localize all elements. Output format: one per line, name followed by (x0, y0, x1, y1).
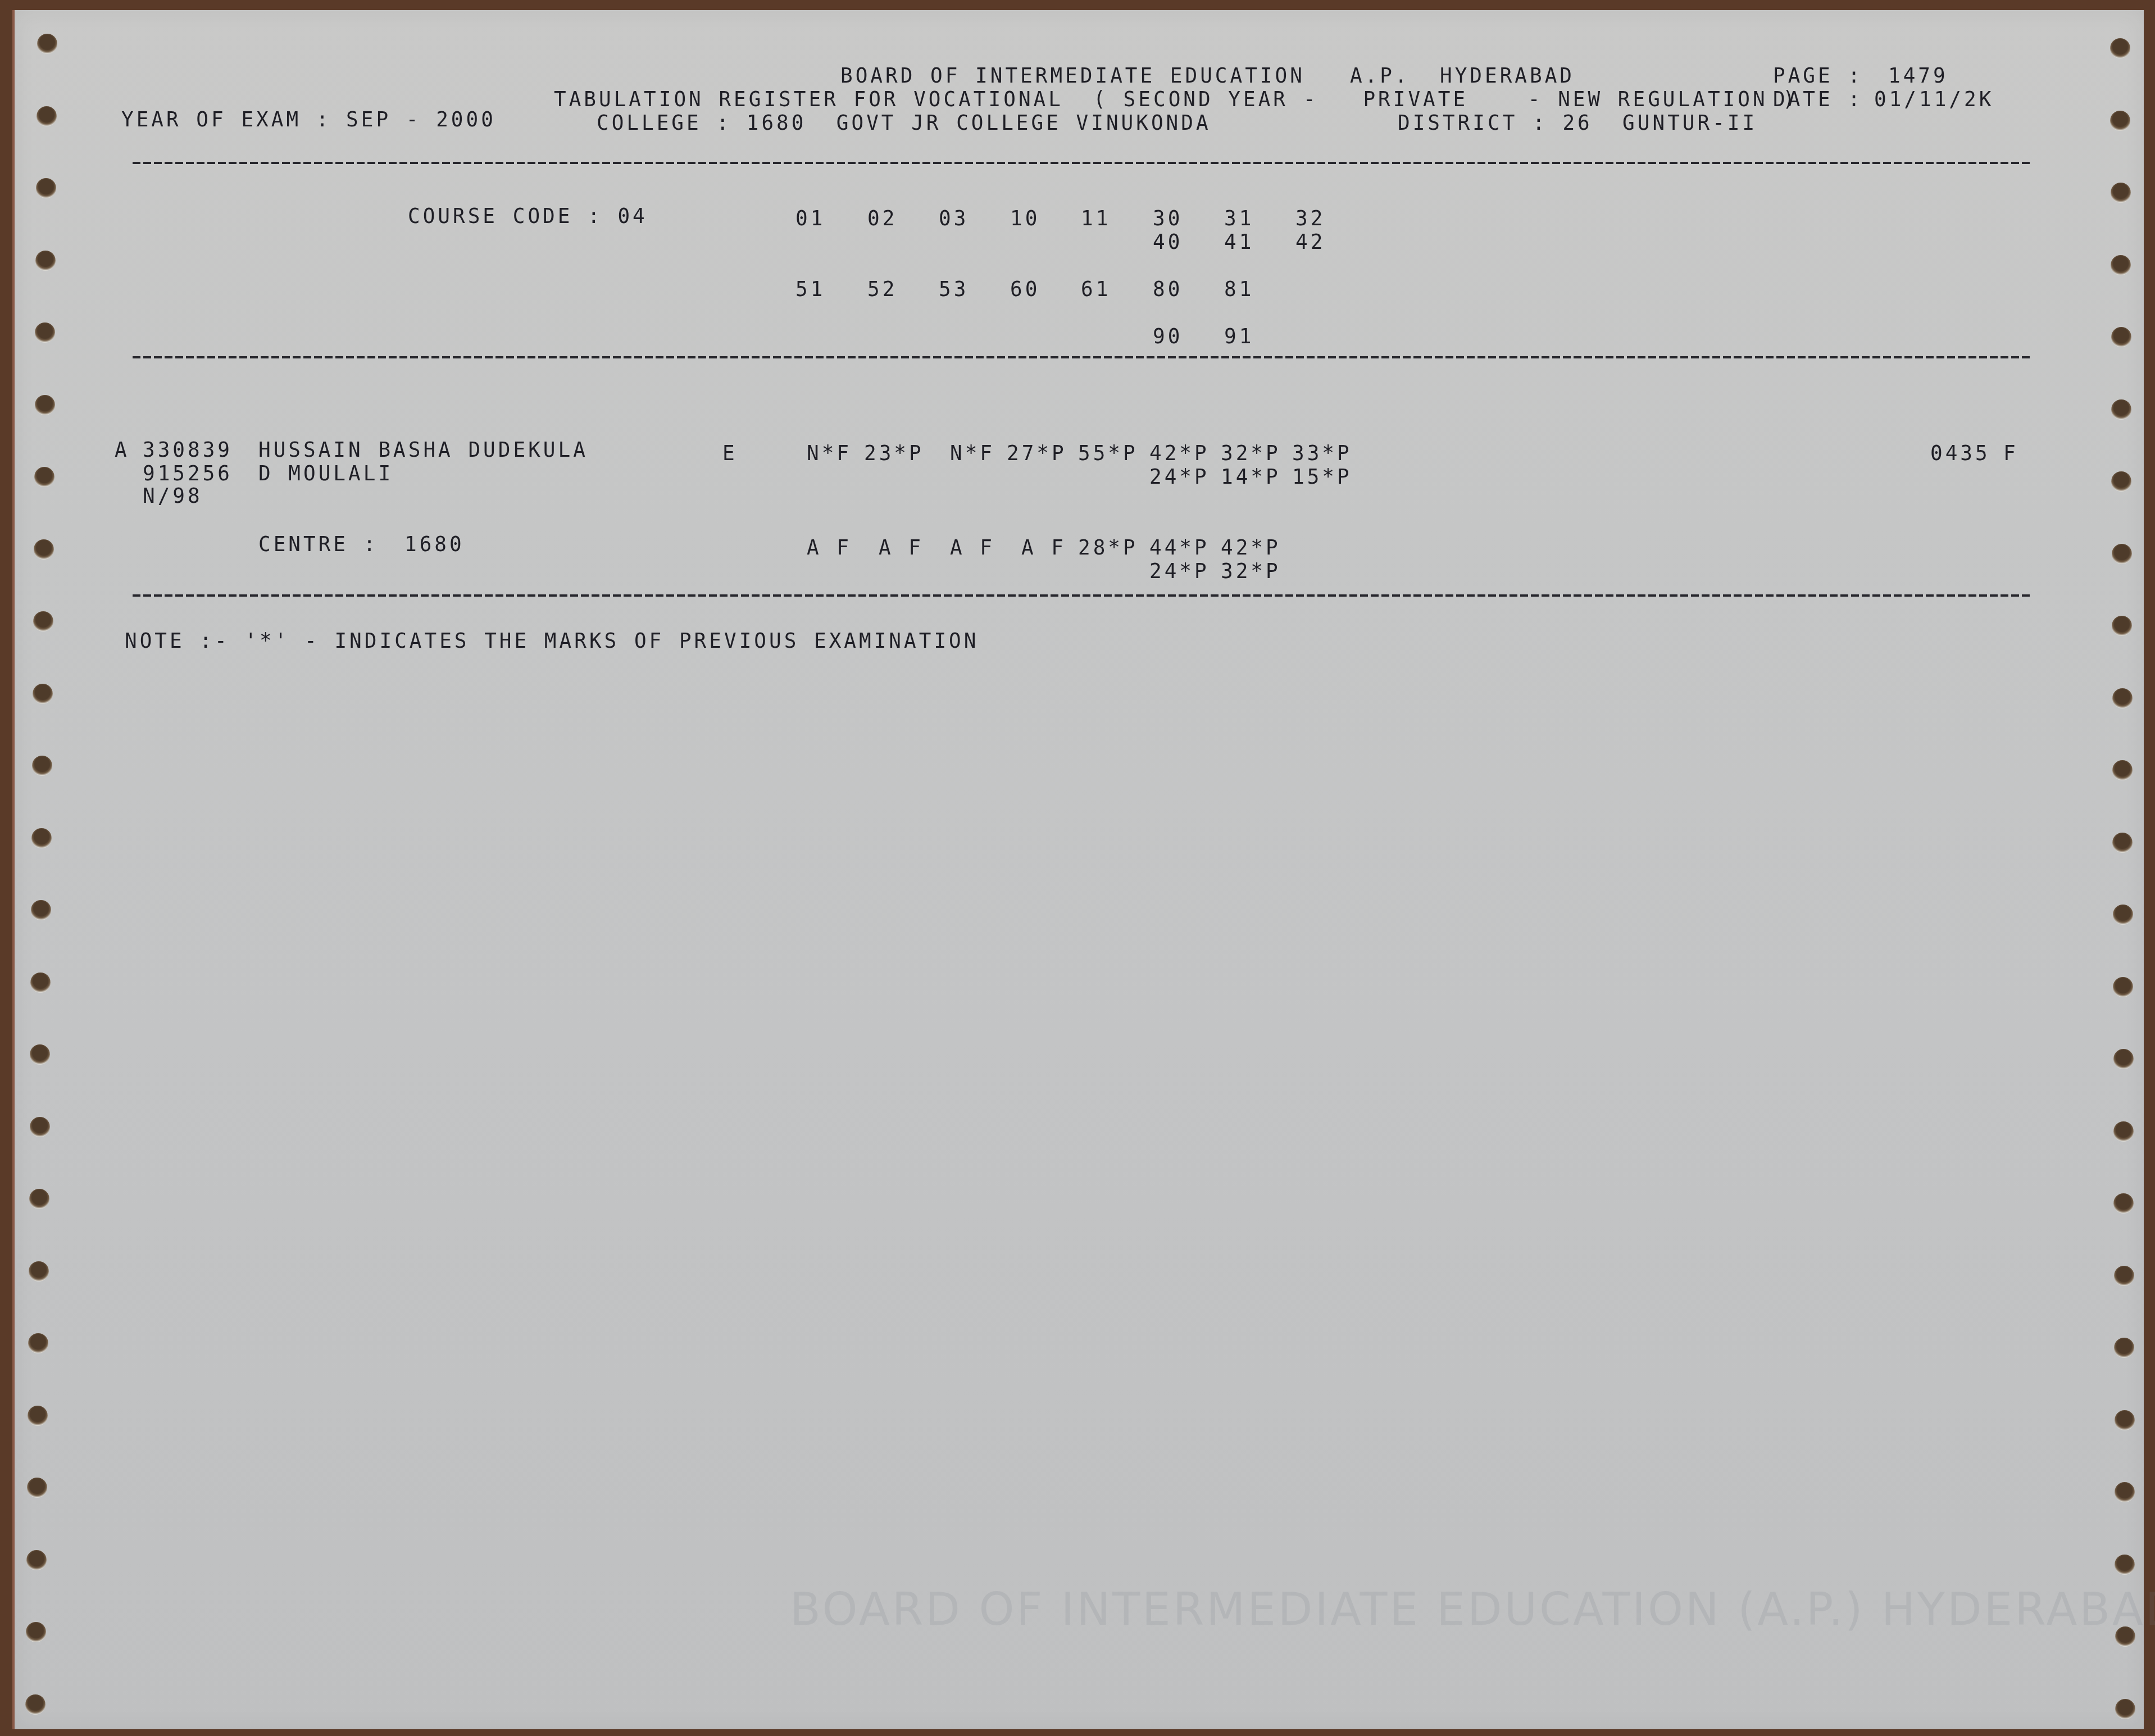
sprocket-hole (2115, 1555, 2135, 1575)
sprocket-hole (2115, 1482, 2135, 1502)
subject-code: 41 (1224, 230, 1254, 254)
mark: 23*P (864, 442, 924, 465)
mark: 24*P (1149, 465, 1210, 489)
centre-label: CENTRE : (258, 533, 378, 556)
subject-code: 52 (867, 278, 897, 301)
mark: N*F (950, 442, 995, 465)
sprocket-hole (33, 684, 53, 704)
mark: 42*P (1221, 536, 1281, 560)
sprocket-hole (29, 1261, 49, 1281)
subject-code: 31 (1224, 207, 1254, 230)
subject-code: 61 (1081, 278, 1111, 301)
year-of-exam: YEAR OF EXAM : SEP - 2000 (121, 108, 496, 131)
mark: 28*P (1078, 536, 1138, 560)
sprocket-hole (2115, 1699, 2135, 1719)
sprocket-hole (2112, 544, 2132, 564)
date-label: DATE : (1773, 88, 1863, 111)
mark: 32*P (1221, 560, 1281, 583)
hall-ticket-number: 330839 (143, 438, 233, 462)
sprocket-hole (35, 395, 55, 415)
sprocket-hole (28, 1406, 48, 1426)
sprocket-hole (2112, 833, 2133, 853)
sprocket-hole (31, 828, 52, 848)
sprocket-hole (2111, 255, 2131, 275)
subject-code: 40 (1153, 230, 1183, 254)
sprocket-hole (2113, 1121, 2134, 1142)
subject-code: 03 (939, 207, 969, 230)
subject-code: 02 (867, 207, 897, 230)
subject-code: 30 (1153, 207, 1183, 230)
sprocket-hole (2111, 183, 2131, 203)
subject-code: 80 (1153, 278, 1183, 301)
sprocket-hole (2113, 977, 2133, 997)
candidate-prefix: A (115, 438, 130, 462)
candidate-name: HUSSAIN BASHA DUDEKULA (258, 438, 588, 462)
sprocket-hole (25, 1694, 46, 1715)
sprocket-hole (28, 1333, 48, 1353)
sprocket-hole (30, 1117, 50, 1137)
page-label: PAGE : (1773, 64, 1863, 88)
divider-line (133, 356, 2031, 358)
mark: 33*P (1292, 442, 1352, 465)
mark: 14*P (1221, 465, 1281, 489)
mark: 44*P (1149, 536, 1210, 560)
subject-code: 11 (1081, 207, 1111, 230)
sprocket-hole (36, 178, 56, 198)
divider-line (133, 162, 2031, 164)
mark: A F (1021, 536, 1066, 560)
sprocket-hole (31, 900, 51, 920)
divider-line (133, 594, 2031, 597)
sprocket-hole (2114, 1266, 2134, 1286)
sprocket-hole (34, 539, 54, 560)
sprocket-hole (2112, 616, 2132, 636)
mark: A F (950, 536, 995, 560)
mark: 32*P (1221, 442, 1281, 465)
footnote: NOTE :- '*' - INDICATES THE MARKS OF PRE… (125, 629, 979, 653)
course-code-label: COURSE CODE : 04 (408, 204, 648, 228)
sprocket-hole (2113, 1049, 2134, 1069)
previous-attempt: N/98 (143, 484, 203, 508)
mark: A F (879, 536, 924, 560)
sprocket-hole (37, 106, 57, 126)
sprocket-hole (35, 251, 56, 271)
page-number: 1479 (1888, 64, 1948, 88)
sprocket-hole (34, 467, 54, 487)
mark: 24*P (1149, 560, 1210, 583)
sprocket-hole (27, 1478, 47, 1498)
sprocket-hole (2111, 327, 2131, 347)
sprocket-hole (30, 1044, 50, 1065)
sprocket-hole (2113, 905, 2133, 925)
subject-code: 51 (795, 278, 825, 301)
subject-code: 10 (1010, 207, 1040, 230)
medium: E (722, 442, 738, 465)
college-info: COLLEGE : 1680 GOVT JR COLLEGE VINUKONDA (597, 111, 1211, 135)
register-title: TABULATION REGISTER FOR VOCATIONAL ( SEC… (554, 88, 1798, 111)
result-status: F (2003, 442, 2018, 465)
district-info: DISTRICT : 26 GUNTUR-II (1398, 111, 1757, 135)
sprocket-hole (2113, 1193, 2134, 1214)
sprocket-hole (33, 611, 53, 631)
subject-code: 81 (1224, 278, 1254, 301)
subject-code: 01 (795, 207, 825, 230)
board-title: BOARD OF INTERMEDIATE EDUCATION A.P. HYD… (840, 64, 1575, 88)
sprocket-hole (29, 1189, 49, 1209)
subject-code: 32 (1295, 207, 1325, 230)
sprocket-hole (2110, 38, 2130, 58)
sprocket-hole (2112, 688, 2133, 708)
sprocket-hole (2115, 1410, 2135, 1430)
subject-code: 53 (939, 278, 969, 301)
sprocket-hole (32, 756, 52, 776)
total-marks: 0435 (1930, 442, 1990, 465)
centre-code: 1680 (404, 533, 465, 556)
show-through-text: BOARD OF INTERMEDIATE EDUCATION (A.P.) H… (790, 1583, 2155, 1635)
sprocket-hole (26, 1622, 46, 1642)
mark: 42*P (1149, 442, 1210, 465)
subject-code: 42 (1295, 230, 1325, 254)
mark: 27*P (1007, 442, 1067, 465)
date-value: 01/11/2K (1874, 88, 1994, 111)
registration-number: 915256 (143, 462, 233, 485)
subject-code: 91 (1224, 325, 1254, 348)
sprocket-hole (2112, 760, 2133, 780)
mark: N*F (807, 442, 852, 465)
sprocket-hole (2114, 1338, 2134, 1358)
sprocket-hole (2111, 399, 2131, 420)
subject-code: 60 (1010, 278, 1040, 301)
sprocket-hole (35, 322, 55, 343)
sprocket-hole (30, 972, 51, 993)
sprocket-hole (26, 1550, 47, 1570)
sprocket-hole (2110, 111, 2130, 131)
printout-paper: BOARD OF INTERMEDIATE EDUCATION (A.P.) H… (12, 10, 2144, 1729)
subject-code: 90 (1153, 325, 1183, 348)
mark: A F (807, 536, 852, 560)
sprocket-hole (2111, 471, 2131, 492)
mark: 15*P (1292, 465, 1352, 489)
father-name: D MOULALI (258, 462, 393, 485)
mark: 55*P (1078, 442, 1138, 465)
sprocket-hole (37, 34, 57, 54)
